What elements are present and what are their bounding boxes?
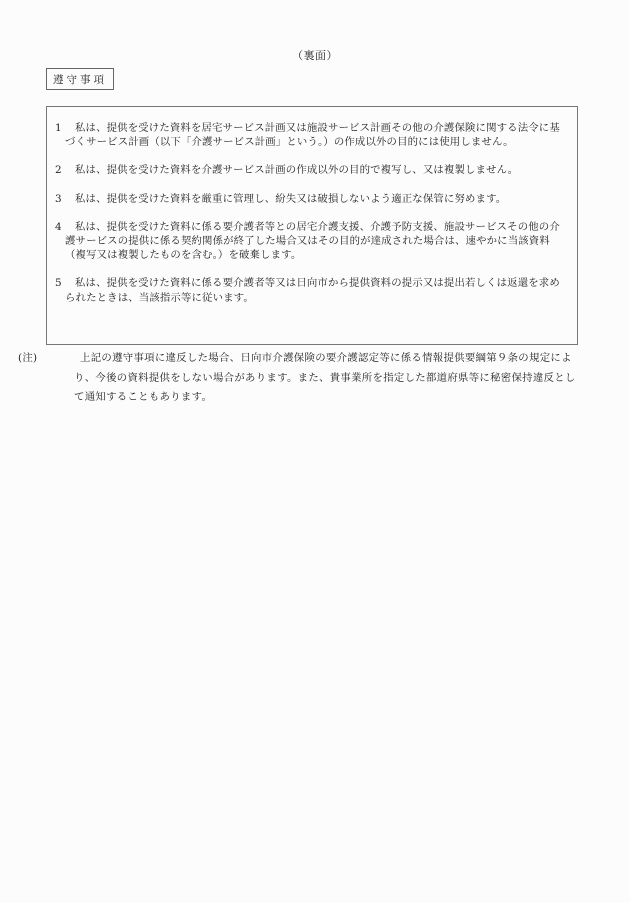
rule-number: 3: [55, 192, 75, 206]
footnote-text: 上記の遵守事項に違反した場合、日向市介護保険の要介護認定等に係る情報提供要綱第９…: [74, 352, 576, 403]
section-title: 遵守事項: [46, 68, 114, 90]
rule-item-4: 4私は、提供を受けた資料に係る要介護者等との居宅介護支援、介護予防支援、施設サー…: [55, 220, 569, 263]
page-side-label: （裏面）: [0, 47, 630, 63]
compliance-rules-box: 1私は、提供を受けた資料を居宅サービス計画又は施設サービス計画その他の介護保険に…: [46, 106, 578, 345]
rule-number: 4: [55, 220, 75, 234]
rule-item-2: 2私は、提供を受けた資料を介護サービス計画の作成以外の目的で複写し、又は複製しま…: [55, 163, 569, 177]
rule-item-3: 3私は、提供を受けた資料を厳重に管理し、紛失又は破損しないよう適正な保管に努めま…: [55, 192, 569, 206]
rule-text: 私は、提供を受けた資料に係る要介護者等又は日向市から提供資料の提示又は提出若しく…: [65, 277, 560, 303]
rule-text: 私は、提供を受けた資料を厳重に管理し、紛失又は破損しないよう適正な保管に努めます…: [75, 193, 506, 205]
rule-text: 私は、提供を受けた資料に係る要介護者等との居宅介護支援、介護予防支援、施設サービ…: [65, 221, 560, 261]
rule-text: 私は、提供を受けた資料を介護サービス計画の作成以外の目的で複写し、又は複製しませ…: [75, 164, 518, 176]
rule-item-5: 5私は、提供を受けた資料に係る要介護者等又は日向市から提供資料の提示又は提出若し…: [55, 276, 569, 304]
footnote: (注)上記の遵守事項に違反した場合、日向市介護保険の要介護認定等に係る情報提供要…: [46, 349, 586, 408]
rule-text: 私は、提供を受けた資料を居宅サービス計画又は施設サービス計画その他の介護保険に関…: [65, 122, 560, 148]
footnote-label: (注): [46, 349, 80, 369]
rule-number: 2: [55, 163, 75, 177]
rule-number: 1: [55, 121, 75, 135]
rule-number: 5: [55, 276, 75, 290]
rule-item-1: 1私は、提供を受けた資料を居宅サービス計画又は施設サービス計画その他の介護保険に…: [55, 121, 569, 149]
